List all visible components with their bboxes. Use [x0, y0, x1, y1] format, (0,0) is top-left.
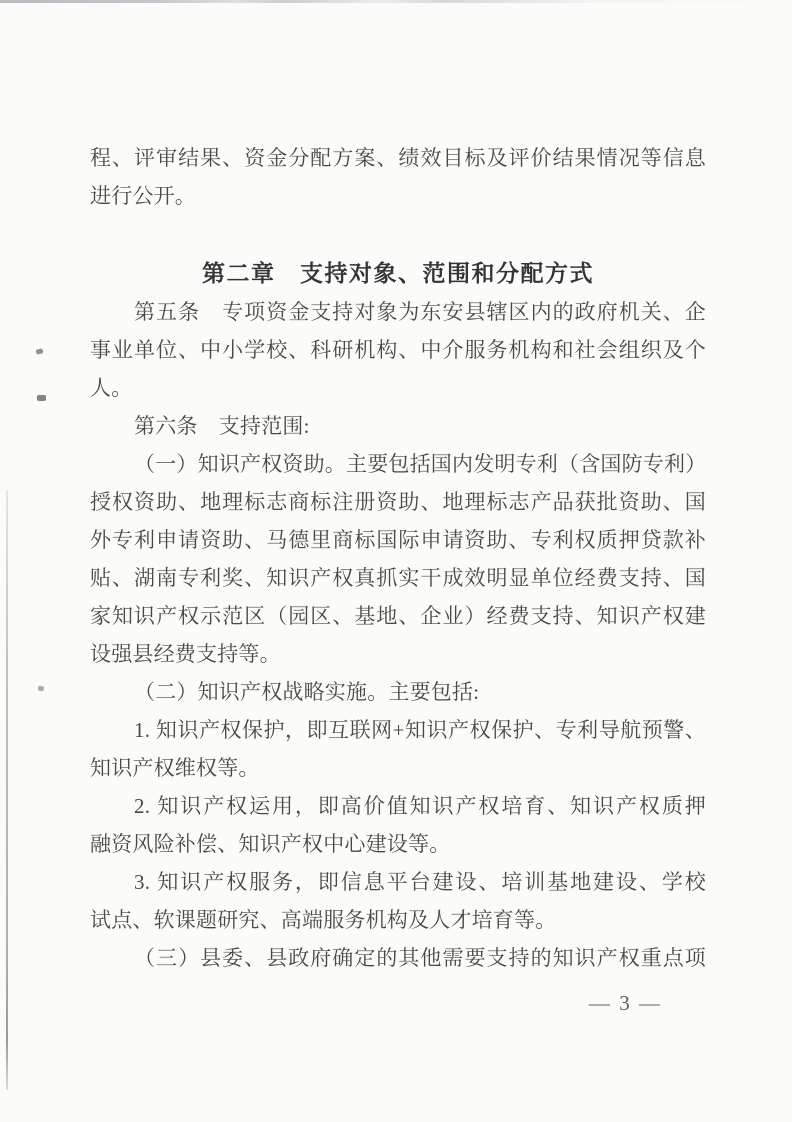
page-number: — 3 —: [589, 986, 662, 1020]
body-line: 第五条 专项资金支持对象为东安县辖区内的政府机关、企: [90, 293, 706, 331]
body-line: 3. 知识产权服务，即信息平台建设、培训基地建设、学校: [90, 863, 706, 901]
body-line: 事业单位、中小学校、科研机构、中介服务机构和社会组织及个: [90, 331, 706, 369]
ink-speck-artifact: [37, 395, 46, 401]
scan-top-edge-artifact: [0, 0, 792, 3]
body-line: 设强县经费支持等。: [90, 635, 706, 673]
ink-speck-artifact: [38, 686, 45, 692]
body-line: 1. 知识产权保护，即互联网+知识产权保护、专利导航预警、: [90, 711, 706, 749]
scan-vertical-line-artifact: [6, 490, 8, 1090]
ink-speck-artifact: [35, 348, 43, 355]
body-line: 知识产权维权等。: [90, 749, 706, 787]
body-line: （三）县委、县政府确定的其他需要支持的知识产权重点项: [90, 939, 706, 977]
body-line: 融资风险补偿、知识产权中心建设等。: [90, 825, 706, 863]
body-line: 贴、湖南专利奖、知识产权真抓实干成效明显单位经费支持、国: [90, 559, 706, 597]
paragraph-spacer: [90, 215, 706, 255]
body-line: 进行公开。: [90, 177, 706, 215]
body-line: （二）知识产权战略实施。主要包括:: [90, 673, 706, 711]
body-line: 程、评审结果、资金分配方案、绩效目标及评价结果情况等信息: [90, 139, 706, 177]
body-line: 外专利申请资助、马德里商标国际申请资助、专利权质押贷款补: [90, 521, 706, 559]
document-page: 程、评审结果、资金分配方案、绩效目标及评价结果情况等信息 进行公开。 第二章 支…: [0, 0, 792, 1122]
body-line: 第六条 支持范围:: [90, 407, 706, 445]
body-line: 家知识产权示范区（园区、基地、企业）经费支持、知识产权建: [90, 597, 706, 635]
body-line: 试点、软课题研究、高端服务机构及人才培育等。: [90, 901, 706, 939]
document-body: 程、评审结果、资金分配方案、绩效目标及评价结果情况等信息 进行公开。 第二章 支…: [90, 139, 706, 977]
body-line: 人。: [90, 369, 706, 407]
body-line: 2. 知识产权运用，即高价值知识产权培育、知识产权质押: [90, 787, 706, 825]
chapter-heading: 第二章 支持对象、范围和分配方式: [90, 255, 706, 293]
body-line: （一）知识产权资助。主要包括国内发明专利（含国防专利）: [90, 445, 706, 483]
body-line: 授权资助、地理标志商标注册资助、地理标志产品获批资助、国: [90, 483, 706, 521]
